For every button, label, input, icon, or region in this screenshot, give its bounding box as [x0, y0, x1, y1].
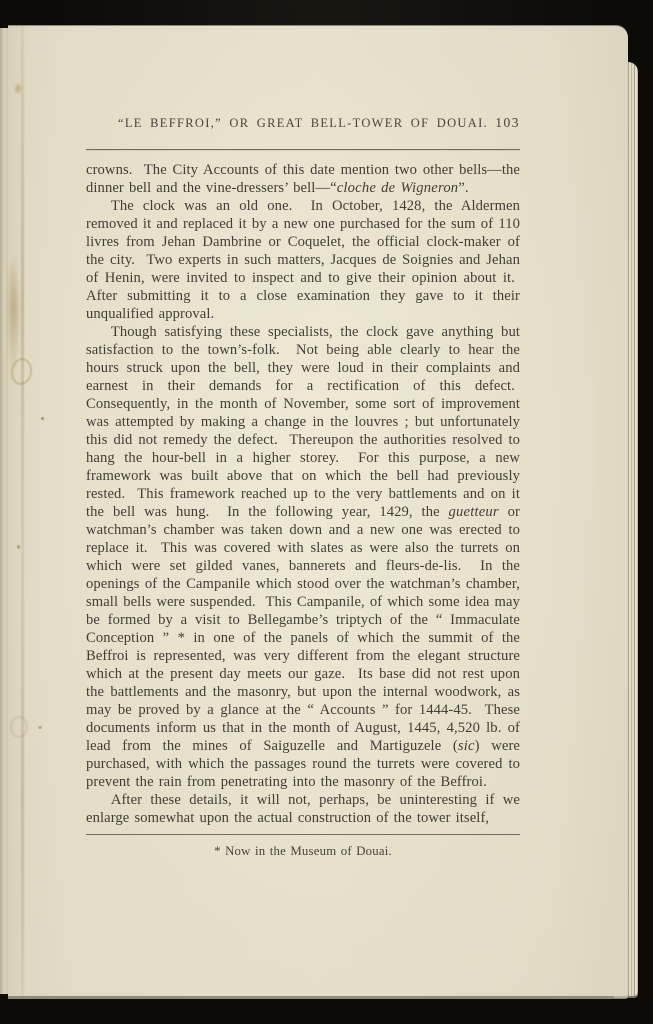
- running-header-title: “LE BEFFROI,” OR GREAT BELL-TOWER OF DOU…: [118, 116, 488, 130]
- footnote: * Now in the Museum of Douai.: [86, 844, 520, 859]
- page-text: crowns. The City Accounts of this date m…: [86, 161, 520, 827]
- stain: [9, 254, 18, 369]
- gutter-crease: [21, 26, 24, 996]
- header-rule: [86, 149, 520, 150]
- paragraph: The clock was an old one. In October, 14…: [86, 197, 520, 323]
- running-header: “LE BEFFROI,” OR GREAT BELL-TOWER OF DOU…: [86, 116, 520, 134]
- stain: [41, 417, 44, 420]
- paragraph: Though satisfying these specialists, the…: [86, 323, 520, 791]
- page-number: 103: [495, 115, 520, 131]
- paragraph: crowns. The City Accounts of this date m…: [86, 161, 520, 197]
- stain: [15, 84, 21, 93]
- book-photograph: “LE BEFFROI,” OR GREAT BELL-TOWER OF DOU…: [0, 0, 653, 1024]
- book-page: “LE BEFFROI,” OR GREAT BELL-TOWER OF DOU…: [8, 26, 628, 996]
- stain: [17, 545, 20, 549]
- stain: [10, 716, 28, 738]
- footnote-rule: [86, 834, 520, 835]
- stain: [38, 726, 42, 729]
- text-column: “LE BEFFROI,” OR GREAT BELL-TOWER OF DOU…: [86, 116, 520, 859]
- paragraph: After these details, it will not, perhap…: [86, 791, 520, 827]
